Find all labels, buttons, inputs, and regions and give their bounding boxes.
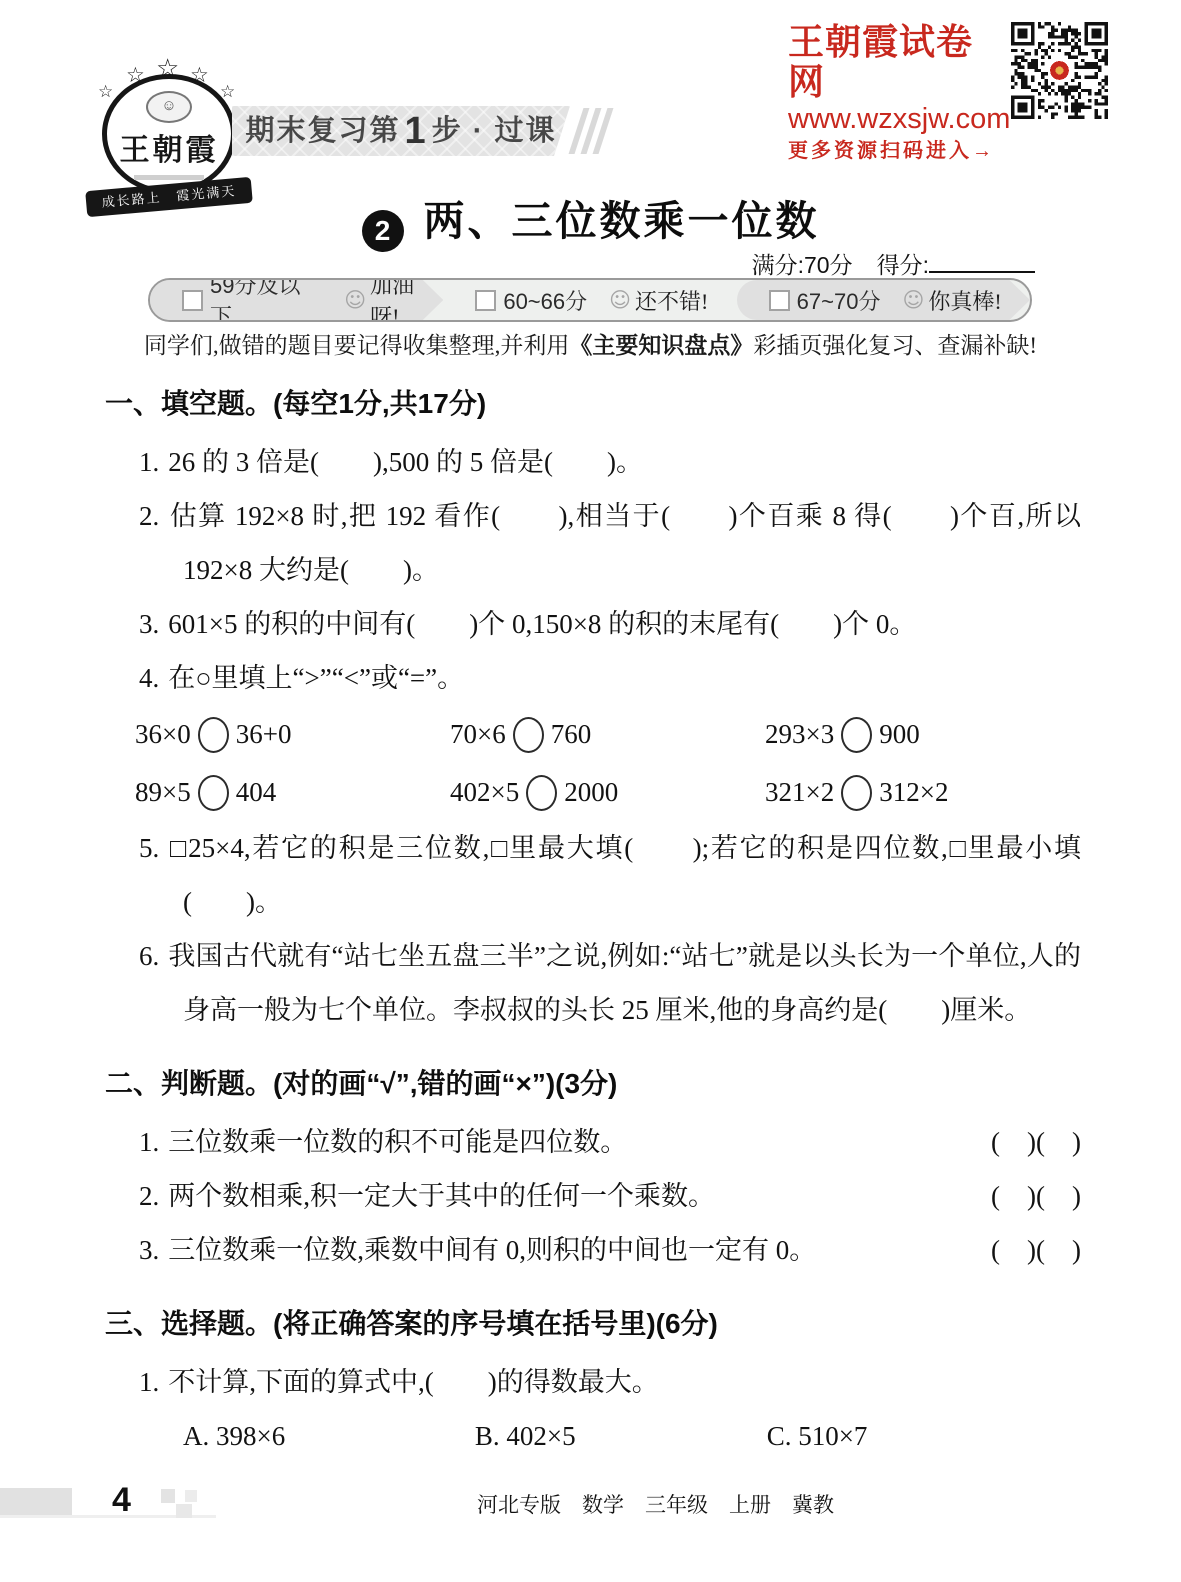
- question-number: 3.: [139, 609, 159, 639]
- question-number: 1.: [139, 1367, 159, 1397]
- notice-book-title: 《主要知识盘点》: [569, 332, 753, 358]
- lesson-number-badge: 2: [362, 210, 404, 252]
- question-number: 1.: [139, 447, 159, 477]
- question-text: 3.三位数乘一位数,乘数中间有 0,则积的中间也一定有 0。: [105, 1223, 816, 1277]
- footer-bar: [0, 1488, 72, 1515]
- choice-options: A. 398×6 B. 402×5 C. 510×7: [105, 1409, 1081, 1463]
- compare-right: 36+0: [236, 719, 292, 749]
- checkbox[interactable]: [182, 290, 203, 311]
- comparison-circle[interactable]: [841, 775, 872, 811]
- option-c: C. 510×7: [767, 1409, 1059, 1463]
- answer-bracket: ( )( ): [991, 1223, 1081, 1277]
- avatar-icon: ☺: [146, 91, 192, 123]
- banner-step-number: 1: [405, 110, 428, 152]
- compare-left: 321×2: [765, 777, 834, 807]
- score-band-pill: 59分及以下 ☺ 加油呀! 60~66分 ☺ 还不错! 67~70分 ☺ 你真棒…: [148, 278, 1032, 322]
- star-icon: ☆: [98, 82, 113, 102]
- checkbox[interactable]: [475, 290, 496, 311]
- logo-name: 王朝霞: [107, 125, 231, 169]
- compare-right: 900: [879, 719, 920, 749]
- question-text: 2.两个数相乘,积一定大于其中的任何一个乘数。: [105, 1169, 715, 1223]
- score-line: 满分:70分得分:: [752, 247, 1035, 280]
- comparison-circle[interactable]: [198, 717, 229, 753]
- question-number: 5.: [139, 833, 159, 863]
- comparison-row-1: 36×036+0 70×6760 293×3900: [105, 705, 1081, 763]
- comparison-circle[interactable]: [198, 775, 229, 811]
- question-number: 1.: [139, 1127, 159, 1157]
- question-text: 不计算,下面的算式中,( )的得数最大。: [168, 1367, 658, 1397]
- section-fill-heading: 一、填空题。(每空1分,共17分): [105, 383, 1081, 425]
- comparison-item: 293×3900: [765, 705, 1080, 763]
- banner-prefix: 期末复习第: [246, 115, 401, 147]
- compare-right: 2000: [564, 777, 618, 807]
- comparison-item: 402×52000: [450, 763, 765, 821]
- comparison-circle[interactable]: [526, 775, 557, 811]
- band-comment: 还不错!: [635, 285, 708, 316]
- fill-question-5: 5.□25×4,若它的积是三位数,□里最大填( );若它的积是四位数,□里最小填…: [105, 821, 1081, 929]
- notice-line: 同学们,做错的题目要记得收集整理,并利用《主要知识盘点》彩插页强化复习、查漏补缺…: [0, 327, 1181, 360]
- judge-question-2: 2.两个数相乘,积一定大于其中的任何一个乘数。 ( )( ): [105, 1169, 1081, 1223]
- worksheet-body: 一、填空题。(每空1分,共17分) 1.26 的 3 倍是( ),500 的 5…: [105, 383, 1081, 1463]
- smiley-icon: ☺: [609, 288, 631, 312]
- logo-small-text: [134, 175, 204, 180]
- compare-left: 402×5: [450, 777, 519, 807]
- judge-question-3: 3.三位数乘一位数,乘数中间有 0,则积的中间也一定有 0。 ( )( ): [105, 1223, 1081, 1277]
- brand-site-url: www.wzxsjw.com: [788, 102, 1003, 136]
- full-score-label: 满分:70分: [752, 252, 853, 278]
- page-footer: 4 河北专版 数学 三年级 上册 冀教: [0, 1485, 1181, 1529]
- question-text: 估算 192×8 时,把 192 看作( ),相当于( )个百乘 8 得( )个…: [168, 501, 1081, 585]
- smiley-icon: ☺: [902, 288, 924, 312]
- question-number: 2.: [139, 1181, 159, 1211]
- question-text: 我国古代就有“站七坐五盘三半”之说,例如:“站七”就是以头长为一个单位,人的身高…: [168, 941, 1081, 1025]
- question-number: 2.: [139, 501, 159, 531]
- smiley-icon: ☺: [344, 288, 366, 312]
- lesson-title: 2 两、三位数乘一位数: [0, 188, 1181, 252]
- band-range: 59分及以下: [210, 269, 322, 331]
- fill-question-6: 6.我国古代就有“站七坐五盘三半”之说,例如:“站七”就是以头长为一个单位,人的…: [105, 929, 1081, 1037]
- fill-question-1: 1.26 的 3 倍是( ),500 的 5 倍是( )。: [105, 435, 1081, 489]
- fill-question-4: 4.在○里填上“>”“<”或“=”。: [105, 651, 1081, 705]
- compare-right: 404: [236, 777, 277, 807]
- brand-text: 王朝霞试卷网 www.wzxsjw.com 更多资源扫码进入→: [788, 22, 1003, 166]
- question-number: 3.: [139, 1235, 159, 1265]
- checkbox[interactable]: [769, 290, 790, 311]
- question-text: 601×5 的积的中间有( )个 0,150×8 的积的末尾有( )个 0。: [168, 609, 916, 639]
- choice-question-1: 1.不计算,下面的算式中,( )的得数最大。: [105, 1355, 1081, 1409]
- compare-left: 36×0: [135, 719, 191, 749]
- comparison-item: 89×5404: [135, 763, 450, 821]
- question-text: 26 的 3 倍是( ),500 的 5 倍是( )。: [168, 447, 643, 477]
- page-title: 两、三位数乘一位数: [424, 198, 820, 244]
- band-comment: 加油呀!: [370, 269, 443, 331]
- comparison-item: 321×2312×2: [765, 763, 1080, 821]
- band-comment: 你真棒!: [928, 285, 1001, 316]
- comparison-circle[interactable]: [513, 717, 544, 753]
- worksheet-page: 王朝霞试卷网 www.wzxsjw.com 更多资源扫码进入→: [0, 0, 1181, 1582]
- score-band-mid: 60~66分 ☺ 还不错!: [443, 280, 736, 320]
- score-band-high: 67~70分 ☺ 你真棒!: [737, 280, 1030, 320]
- page-number: 4: [112, 1481, 131, 1520]
- notice-pre: 同学们,做错的题目要记得收集整理,并利用: [144, 333, 570, 358]
- notice-post: 彩插页强化复习、查漏补缺!: [753, 333, 1037, 358]
- score-blank: [929, 267, 1035, 273]
- comparison-item: 70×6760: [450, 705, 765, 763]
- footer-imprint: 河北专版 数学 三年级 上册 冀教: [130, 1489, 1181, 1519]
- qr-code-icon: [1011, 22, 1108, 119]
- score-label: 得分:: [877, 252, 929, 278]
- score-band-low: 59分及以下 ☺ 加油呀!: [150, 280, 443, 320]
- section-choice-heading: 三、选择题。(将正确答案的序号填在括号里)(6分): [105, 1303, 1081, 1345]
- brand-block: 王朝霞试卷网 www.wzxsjw.com 更多资源扫码进入→: [788, 22, 1108, 166]
- brand-qr-caption: 更多资源扫码进入→: [788, 136, 1003, 166]
- compare-left: 70×6: [450, 719, 506, 749]
- section-judge-heading: 二、判断题。(对的画“√”,错的画“×”)(3分): [105, 1063, 1081, 1105]
- fill-question-2: 2.估算 192×8 时,把 192 看作( ),相当于( )个百乘 8 得( …: [105, 489, 1081, 597]
- option-b: B. 402×5: [475, 1409, 767, 1463]
- logo-circle: ☺ 王朝霞: [102, 74, 236, 194]
- question-number: 4.: [139, 663, 159, 693]
- compare-right: 760: [551, 719, 592, 749]
- qr-code-svg: [1011, 22, 1108, 119]
- step-banner: 期末复习第1步 · 过课本: [232, 106, 570, 156]
- band-range: 67~70分: [797, 285, 881, 316]
- question-text: 1.三位数乘一位数的积不可能是四位数。: [105, 1115, 627, 1169]
- comparison-item: 36×036+0: [135, 705, 450, 763]
- compare-left: 293×3: [765, 719, 834, 749]
- comparison-row-2: 89×5404 402×52000 321×2312×2: [105, 763, 1081, 821]
- question-text: □25×4,若它的积是三位数,□里最大填( );若它的积是四位数,□里最小填( …: [168, 833, 1081, 917]
- option-a: A. 398×6: [183, 1409, 475, 1463]
- question-text: 在○里填上“>”“<”或“=”。: [168, 663, 464, 693]
- answer-bracket: ( )( ): [991, 1115, 1081, 1169]
- answer-bracket: ( )( ): [991, 1169, 1081, 1223]
- judge-question-1: 1.三位数乘一位数的积不可能是四位数。 ( )( ): [105, 1115, 1081, 1169]
- brand-site-name: 王朝霞试卷网: [788, 22, 1003, 102]
- compare-left: 89×5: [135, 777, 191, 807]
- compare-right: 312×2: [879, 777, 948, 807]
- question-number: 6.: [139, 941, 159, 971]
- comparison-circle[interactable]: [841, 717, 872, 753]
- band-range: 60~66分: [503, 285, 587, 316]
- fill-question-3: 3.601×5 的积的中间有( )个 0,150×8 的积的末尾有( )个 0。: [105, 597, 1081, 651]
